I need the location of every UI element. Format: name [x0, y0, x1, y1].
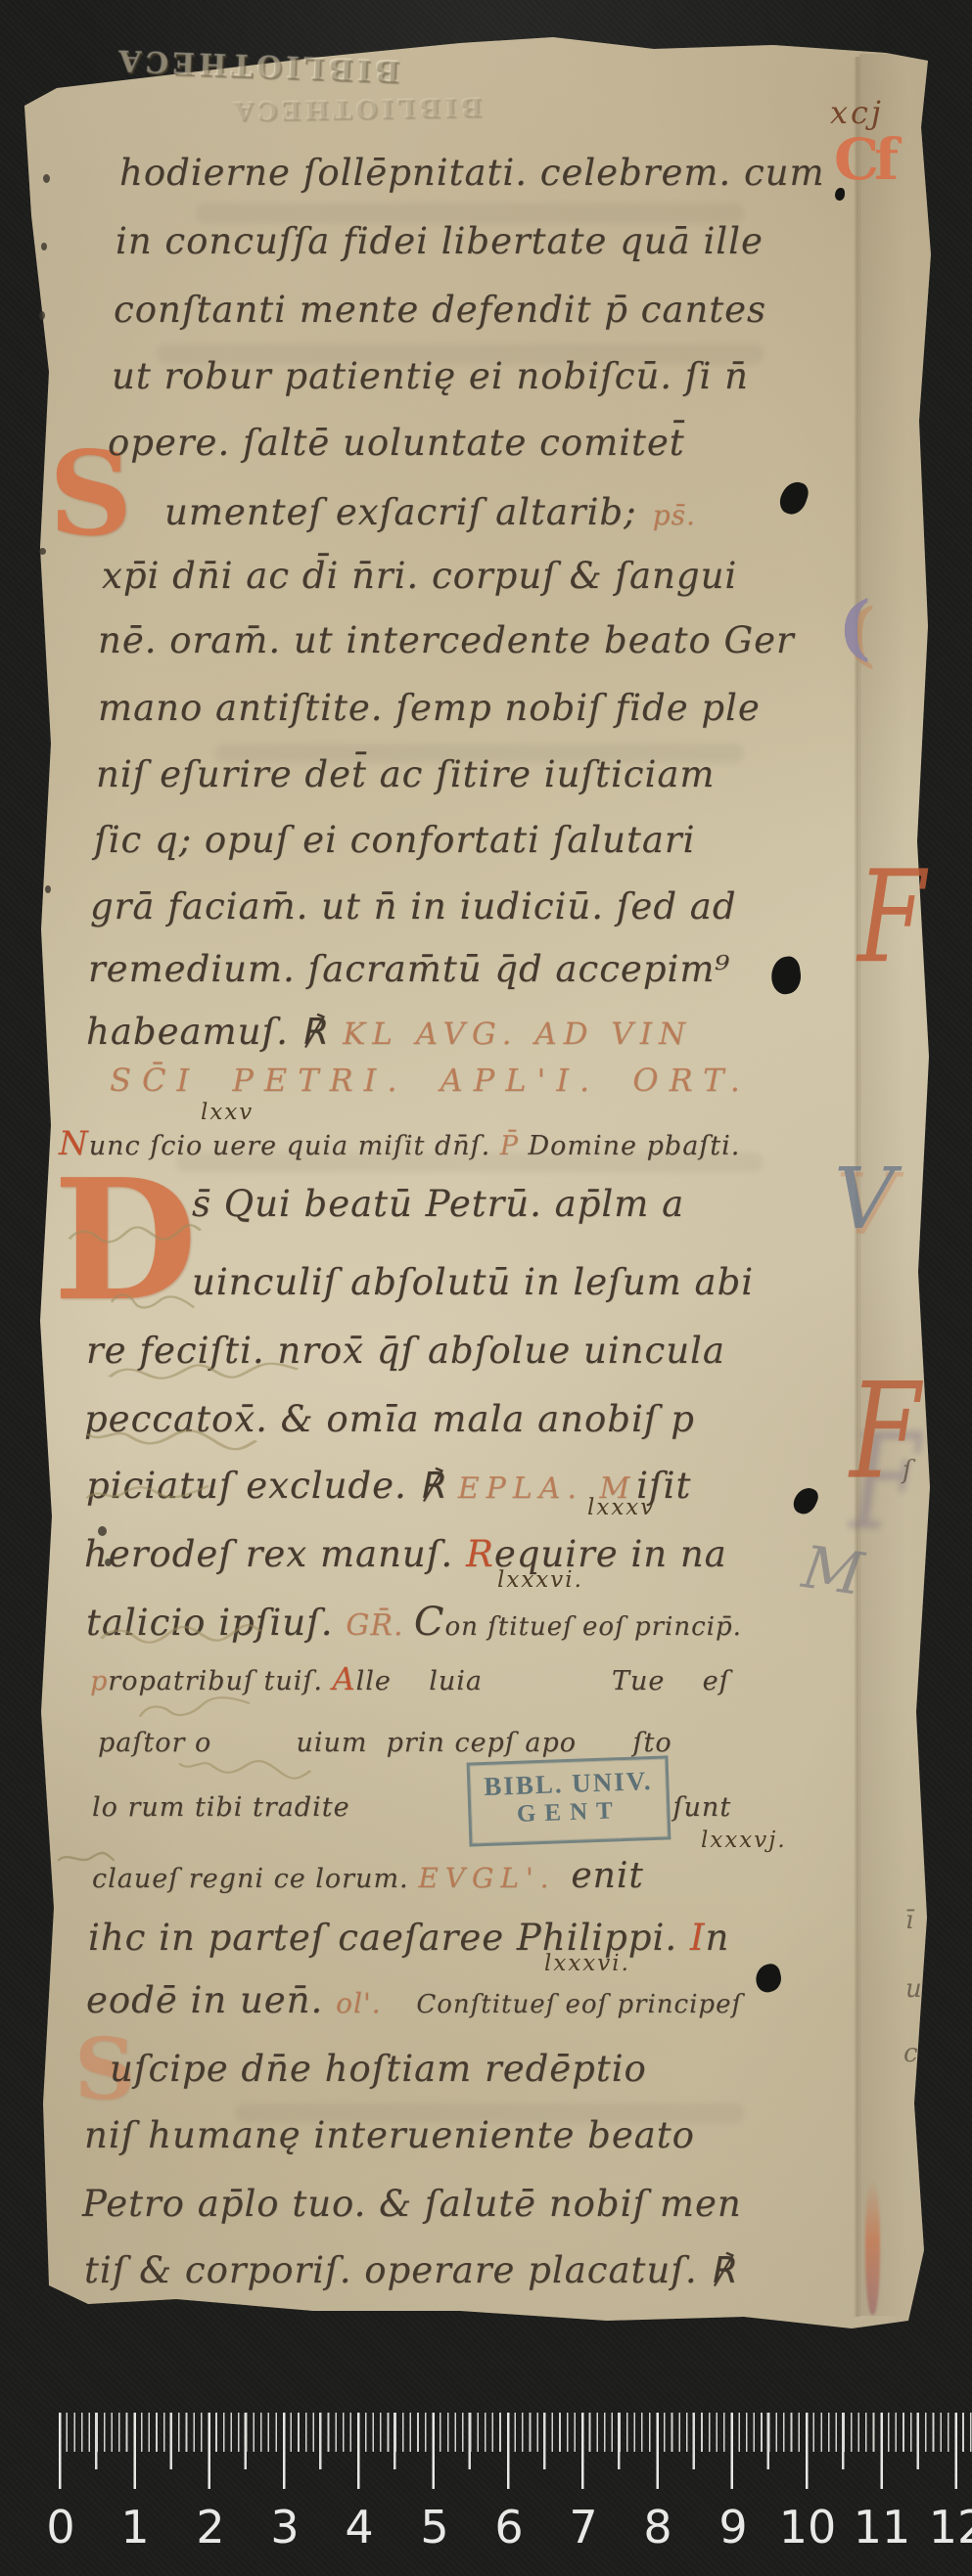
ruler-label: 1 [120, 2501, 149, 2553]
manuscript-line: uinculiſ abſolutū in leſum abi [192, 1264, 754, 1300]
verso-show-through [215, 744, 744, 763]
pen-trial-scribble [98, 1619, 265, 1652]
margin-crescent-mark: ( [838, 599, 871, 655]
manuscript-line: herodeſ rex manuſ. Require in na [84, 1536, 727, 1572]
ruler-label: 5 [420, 2501, 448, 2553]
manuscript-line: in concuſſa fidei libertate quā ille [116, 223, 764, 259]
rubric-initial: A [333, 1660, 356, 1697]
ruler-label: 3 [270, 2501, 299, 2553]
fold-edge-letter-fragment: ī [905, 1906, 913, 1935]
rubric-initial: N [59, 1124, 89, 1163]
line-segment: uſcipe dn̄e hoſtiam redēptio [110, 2048, 647, 2090]
line-segment: ſunt [673, 1792, 732, 1823]
manuscript-line: opere. ſaltē uoluntate comitet̄ [108, 425, 685, 461]
margin-initial-f-upper: F [857, 867, 925, 969]
faded-segment: ol'. [336, 1987, 391, 2019]
ruler-label: 8 [643, 2501, 671, 2553]
line-segment: ropatribuſ tuiſ. [108, 1666, 332, 1696]
line-segment: Tue eſ [612, 1666, 730, 1696]
verso-show-through [157, 344, 764, 364]
edge-speck [43, 174, 50, 183]
marginal-numeral: lxxxvi. [544, 1951, 630, 1976]
line-segment: conſtanti mente defendit p̄ cantes [114, 289, 766, 331]
line-segment: tiſ & corporiſ. operare placatuſ. ℟ [84, 2249, 736, 2291]
fold-edge-letter-fragment: u [905, 1974, 922, 2004]
ruler-label: 11 [854, 2501, 911, 2553]
manuscript-line: hodierne ſollēpnitati. celebrem. cum [119, 155, 825, 191]
line-segment: mano antiſtite. ſemp nobiſ fide ple [98, 687, 761, 729]
ruler-label: 6 [494, 2501, 523, 2553]
ruler-scale-ticks [59, 2413, 972, 2489]
marginal-numeral: lxxxv [587, 1495, 655, 1520]
margin-grey-mark: M [800, 1544, 866, 1599]
manuscript-line: ihc in parteſ caeſaree Philippi. In [88, 1920, 729, 1956]
rubric-segment: SC̄I PETRI. APL'I. ORT. [110, 1062, 751, 1099]
line-segment: claueſ regni ce lorum. [92, 1864, 418, 1894]
ruler-label: 7 [569, 2501, 597, 2553]
manuscript-line: claueſ regni ce lorum. EVGL'. enit [92, 1859, 644, 1894]
edge-speck [45, 885, 51, 893]
edge-speck [98, 1526, 107, 1536]
pen-trial-scribble [57, 1849, 116, 1873]
line-segment: opere. ſaltē uoluntate comitet̄ [108, 422, 685, 464]
line-segment: hodierne ſollēpnitati. celebrem. cum [119, 152, 825, 194]
line-segment: Petro ap̄lo tuo. & ſalutē nobiſ men [82, 2183, 742, 2225]
line-segment: nē. oram̄. ut intercedente beato Ger [98, 619, 795, 661]
ruler-label: 9 [718, 2501, 747, 2553]
edge-speck [39, 548, 46, 555]
line-segment: C [414, 1600, 445, 1645]
ruler-label: 0 [46, 2501, 74, 2553]
margin-quire-mark: Cf [834, 137, 894, 182]
line-segment: n [705, 1917, 729, 1959]
manuscript-line: habeamuſ. ℟KL AVG. AD VIN [86, 1014, 692, 1050]
line-segment: in concuſſa fidei libertate quā ille [116, 220, 764, 262]
line-segment: lo rum tibi tradite [92, 1792, 350, 1823]
rubric-segment: GR̄. [346, 1608, 414, 1643]
manuscript-line: eodē in uen̄. ol'. Conſtitueſ eoſ princi… [86, 1982, 742, 2018]
library-ink-stamp: BIBL. UNIV. GENT [467, 1755, 671, 1846]
edge-speck [39, 311, 45, 320]
marginal-numeral: lxxxvj. [701, 1828, 787, 1853]
line-segment: on ſtitueſ eoſ princip̄. [445, 1612, 742, 1642]
edge-speck [41, 243, 47, 250]
verso-show-through [176, 1152, 764, 1172]
line-segment: herodeſ rex manuſ. [84, 1533, 466, 1575]
manuscript-line: xp̄i dn̄i ac d̄i n̄ri. corpuſ & ſangui [102, 558, 737, 594]
manuscript-line: tiſ & corporiſ. operare placatuſ. ℟ [84, 2252, 736, 2288]
manuscript-line: conſtanti mente defendit p̄ cantes [114, 292, 766, 328]
manuscript-line: nē. oram̄. ut intercedente beato Ger [98, 622, 795, 658]
edge-speck [105, 1559, 112, 1566]
ruler-label: 12 [929, 2501, 972, 2553]
manuscript-line: uſcipe dn̄e hoſtiam redēptio [110, 2051, 647, 2087]
manuscript-line: Petro ap̄lo tuo. & ſalutē nobiſ men [82, 2186, 742, 2222]
line-segment: uinculiſ abſolutū in leſum abi [192, 1261, 754, 1303]
fold-edge-letter-fragment: c [903, 2039, 918, 2068]
faded-segment: p [90, 1666, 108, 1696]
line-segment: umenteſ exſacriſ altarib; [164, 491, 637, 533]
fold-edge-letter-fragment: ſ [903, 1456, 912, 1485]
line-segment: ſic q; opuſ ei confortati ſalutari [94, 819, 695, 861]
marginal-numeral: lxxv [201, 1100, 254, 1125]
line-segment: enit [571, 1856, 643, 1896]
line-segment: grā faciam̄. ut n̄ in iudiciū. ſed ad [90, 885, 737, 927]
red-pigment-smear [865, 2180, 880, 2315]
rubric-segment: ps̄. [653, 499, 696, 531]
rubric-line: SC̄I PETRI. APL'I. ORT. [110, 1064, 751, 1096]
verso-show-through [196, 203, 744, 223]
embossed-library-stamp-second-impression: BIBLIOTHECA [230, 92, 483, 125]
line-segment: habeamuſ. ℟ [86, 1011, 327, 1053]
line-segment: eodē in uen̄. [86, 1979, 336, 2021]
manuscript-line: umenteſ exſacriſ altarib;ps̄. [164, 494, 696, 530]
line-segment: xp̄i dn̄i ac d̄i n̄ri. corpuſ & ſangui [102, 555, 737, 597]
manuscript-photo: BIBLIOTHECA BIBLIOTHECA xcj Cf ( F V F M… [0, 0, 972, 2576]
ruler-label: 10 [779, 2501, 837, 2553]
manuscript-line: remedium. ſacram̄tū q̄d accepim⁹ [88, 951, 730, 987]
line-segment: Conſtitueſ eoſ principeſ [416, 1990, 742, 2019]
ruler-label: 2 [196, 2501, 224, 2553]
line-segment: lle luia [356, 1666, 483, 1696]
ruler-label: 4 [345, 2501, 373, 2553]
line-segment: remedium. ſacram̄tū q̄d accepim⁹ [88, 948, 730, 990]
rubric-initial: R [466, 1533, 494, 1575]
rubric-segment: KL AVG. AD VIN [343, 1017, 692, 1052]
line-segment: s̄ Qui beatū Petrū. ap̄lm a [192, 1183, 684, 1225]
rubric-initial: I [690, 1917, 706, 1959]
manuscript-line: s̄ Qui beatū Petrū. ap̄lm a [192, 1186, 684, 1222]
manuscript-line: grā faciam̄. ut n̄ in iudiciū. ſed ad [90, 888, 737, 925]
rubric-segment: EVGL'. [418, 1862, 571, 1894]
verso-show-through [235, 2103, 744, 2123]
manuscript-line: propatribuſ tuiſ. Alle luiaTue eſ [90, 1663, 730, 1695]
margin-initial-v: V [834, 1166, 895, 1234]
marginal-numeral: lxxxvi. [497, 1567, 583, 1593]
manuscript-line: ſic q; opuſ ei confortati ſalutari [94, 822, 695, 858]
manuscript-line: mano antiſtite. ſemp nobiſ fide ple [98, 690, 761, 726]
